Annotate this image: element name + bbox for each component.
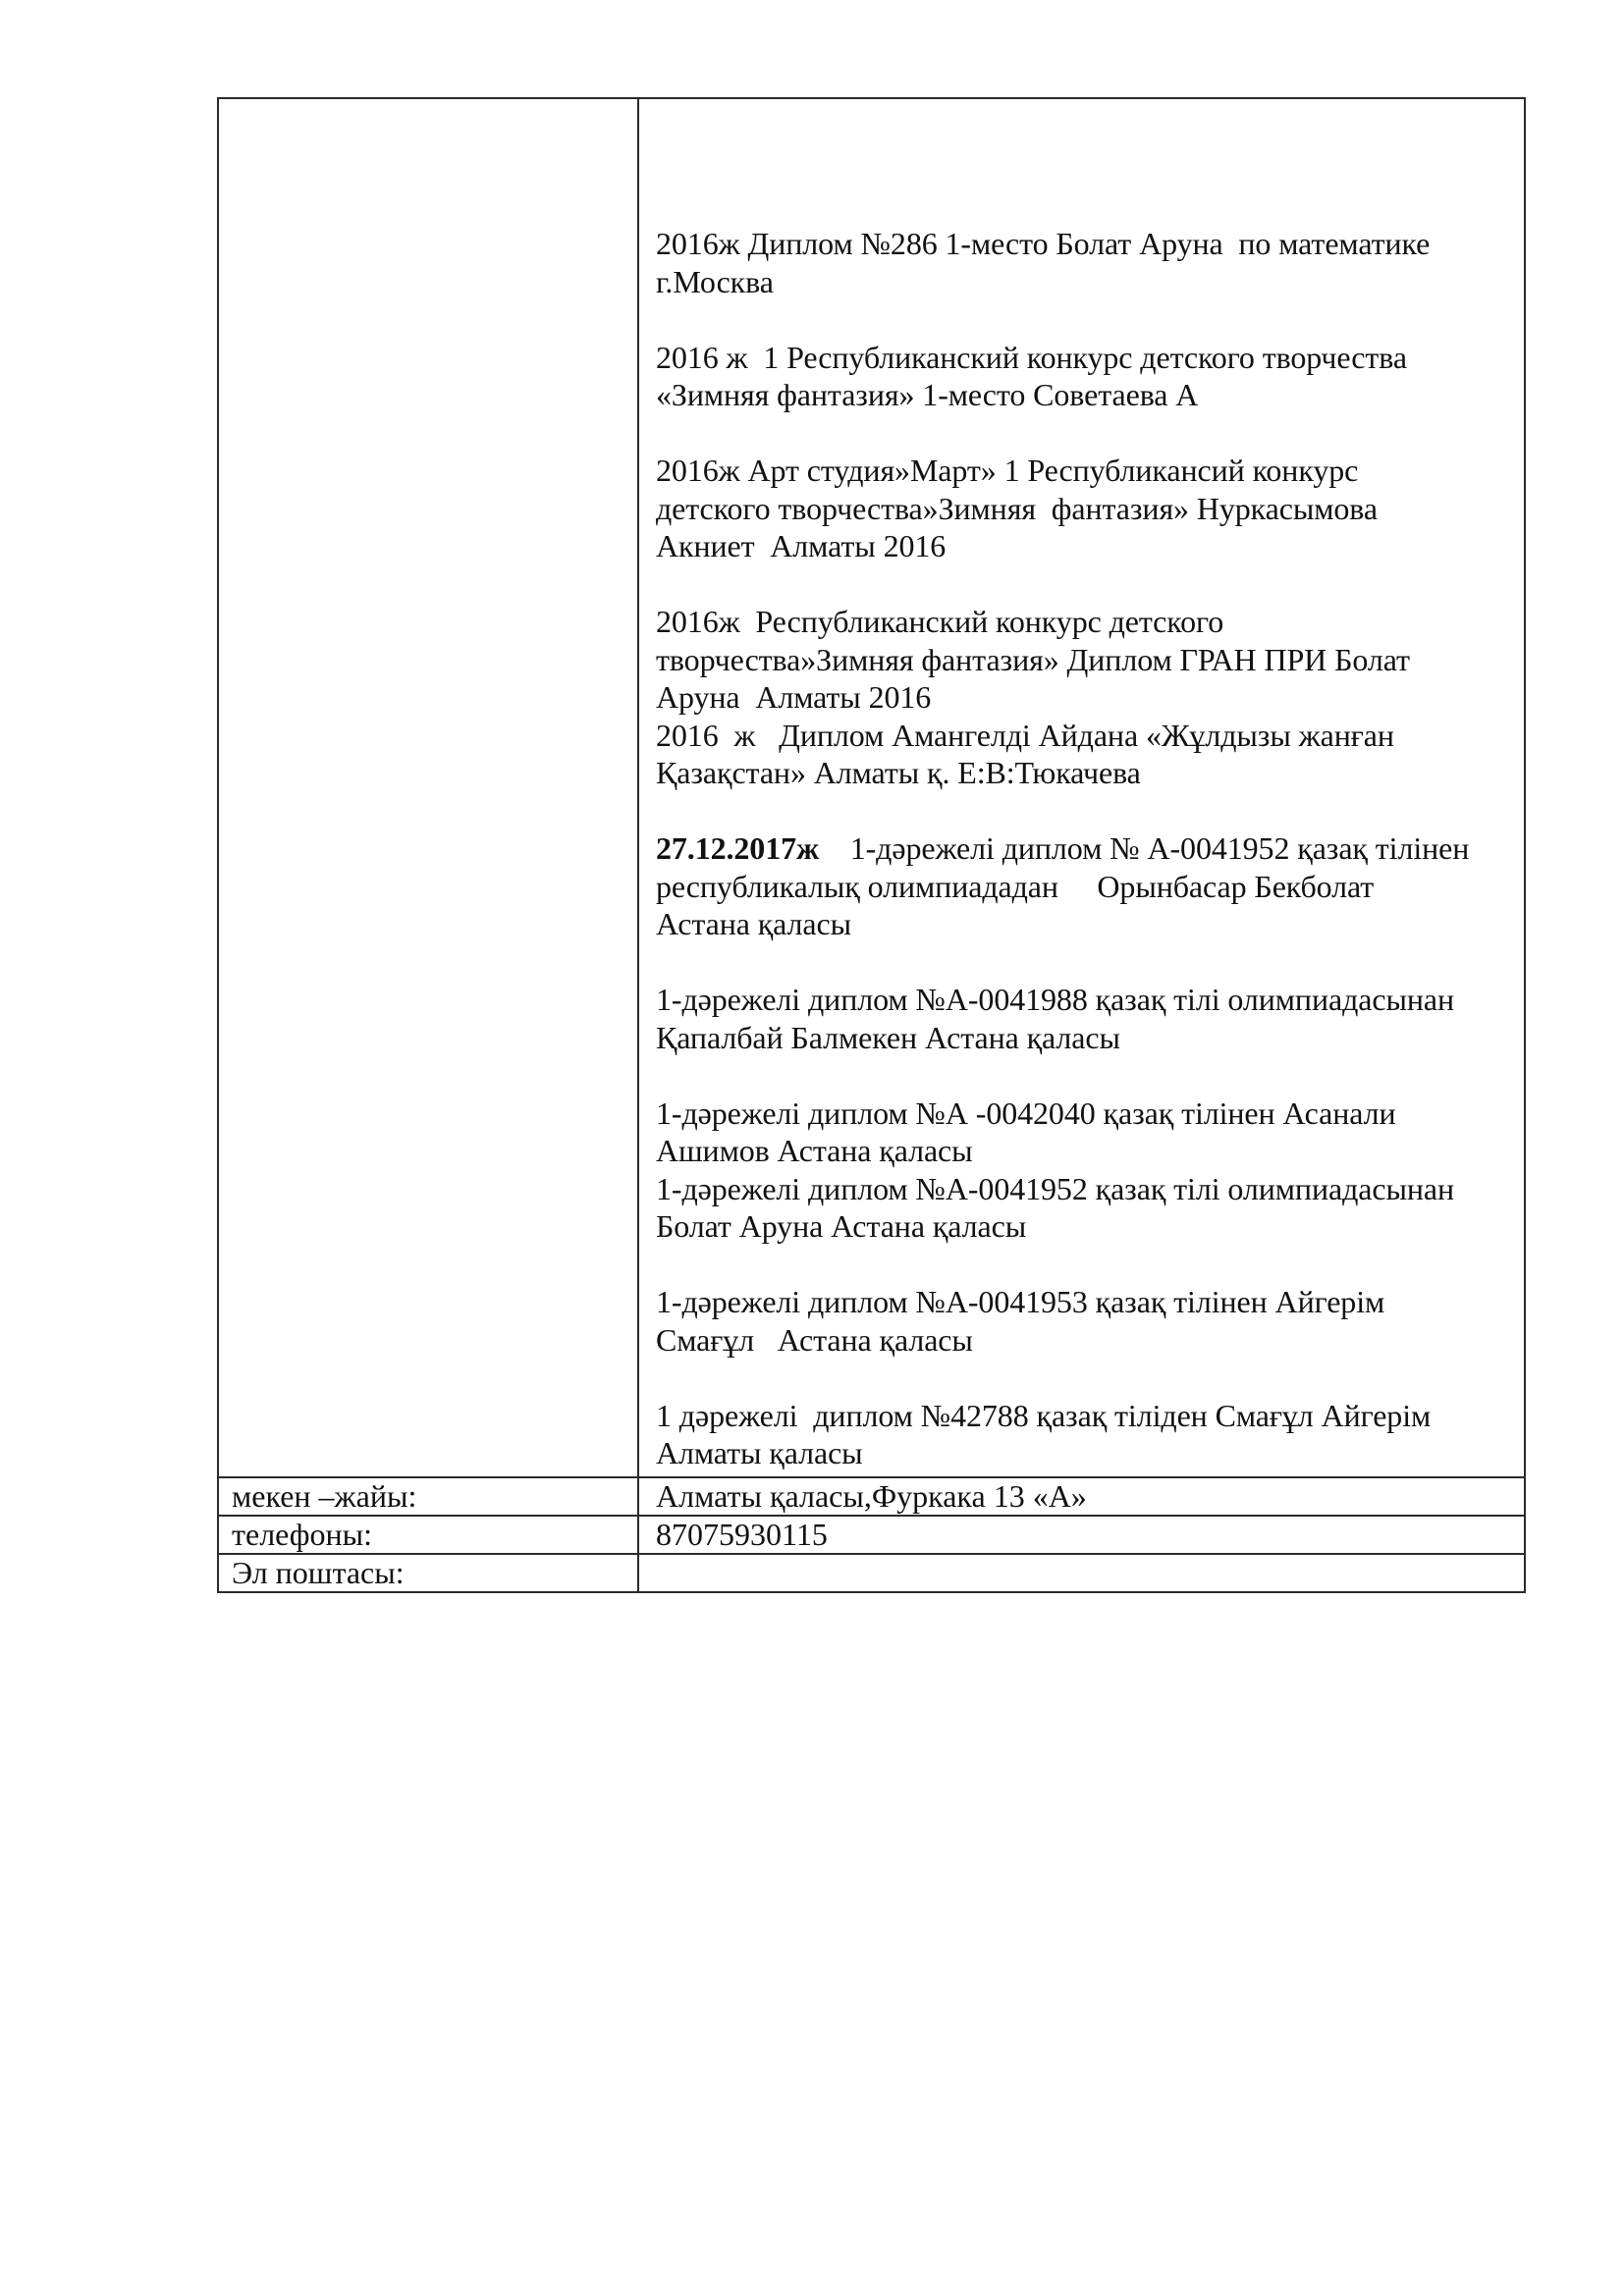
achievement-line: «Зимняя фантазия» 1-место Советаева А [656,376,1512,414]
achievement-line: 1 дәрежелі диплом №42788 қазақ тілiден С… [656,1397,1512,1435]
achievement-line: 2016ж Республиканский конкурс детского [656,603,1512,641]
blank-line [656,300,1512,339]
achievements-cell: 2016ж Диплом №286 1-место Болат Аруна по… [638,98,1525,1477]
achievement-line: г.Москва [656,263,1512,301]
achievement-line: Болат Аруна Астана қаласы [656,1207,1512,1246]
achievement-line: республикалық олимпиададан Орынбасар Бек… [656,868,1512,906]
address-value: Алматы қаласы,Фуркака 13 «А» [638,1477,1525,1516]
achievements-list: 2016ж Диплом №286 1-место Болат Аруна по… [639,99,1524,1476]
achievement-line: Ашимов Астана қаласы [656,1132,1512,1170]
achievement-line: 2016 ж 1 Республиканский конкурс детског… [656,339,1512,377]
achievement-line: Алматы қаласы [656,1434,1512,1472]
achievement-text: 1-дәрежелі диплом № А-0041952 қазақ тілі… [819,830,1469,866]
achievement-line: Астана қаласы [656,905,1512,943]
achievement-line: 1-дәрежелі диплом №А -0042040 қазақ тілі… [656,1095,1512,1133]
achievement-line: Қапалбай Балмекен Астана қаласы [656,1019,1512,1057]
blank-line [656,792,1512,830]
achievement-line: 27.12.2017ж 1-дәрежелі диплом № А-004195… [656,829,1512,868]
email-label-text: Эл поштасы: [219,1555,637,1591]
blank-line [656,565,1512,604]
achievement-line: творчества»Зимняя фантазия» Диплом ГРАН … [656,641,1512,679]
address-label: мекен –жайы: [218,1477,638,1516]
profile-table: 2016ж Диплом №286 1-место Болат Аруна по… [217,97,1526,1593]
blank-line [656,943,1512,982]
achievement-line: Смағұл Астана қаласы [656,1321,1512,1360]
achievement-line: 2016ж Арт студия»Март» 1 Республикансий … [656,452,1512,490]
phone-value-text: 87075930115 [639,1517,1524,1553]
blank-line [656,1056,1512,1095]
achievement-line: 1-дәрежелі диплом №А-0041953 қазақ тілін… [656,1283,1512,1321]
achievements-label-cell [218,98,638,1477]
blank-line [656,1246,1512,1284]
achievement-line: 1-дәрежелі диплом №А-0041988 қазақ тілі … [656,981,1512,1019]
phone-label: телефоны: [218,1516,638,1554]
email-value [638,1554,1525,1592]
phone-value: 87075930115 [638,1516,1525,1554]
email-label: Эл поштасы: [218,1554,638,1592]
email-row: Эл поштасы: [218,1554,1525,1592]
blank-line [656,414,1512,453]
address-value-text: Алматы қаласы,Фуркака 13 «А» [639,1478,1524,1515]
achievement-line: 2016 ж Диплом Амангелді Айдана «Жұлдызы … [656,717,1512,755]
achievement-line: 2016ж Диплом №286 1-место Болат Аруна по… [656,225,1512,263]
address-label-text: мекен –жайы: [219,1478,637,1515]
achievement-line: 1-дәрежелі диплом №А-0041952 қазақ тілі … [656,1170,1512,1208]
achievement-line: Қазақстан» Алматы қ. Е:В:Тюкачева [656,754,1512,792]
phone-label-text: телефоны: [219,1517,637,1553]
achievement-line: детского творчества»Зимняя фантазия» Нур… [656,490,1512,528]
achievement-line: Акниет Алматы 2016 [656,527,1512,565]
blank-line [656,1359,1512,1397]
address-row: мекен –жайы: Алматы қаласы,Фуркака 13 «А… [218,1477,1525,1516]
achievements-row: 2016ж Диплом №286 1-место Болат Аруна по… [218,98,1525,1477]
achievement-line: Аруна Алматы 2016 [656,678,1512,717]
achievement-date: 27.12.2017ж [656,830,819,866]
phone-row: телефоны: 87075930115 [218,1516,1525,1554]
